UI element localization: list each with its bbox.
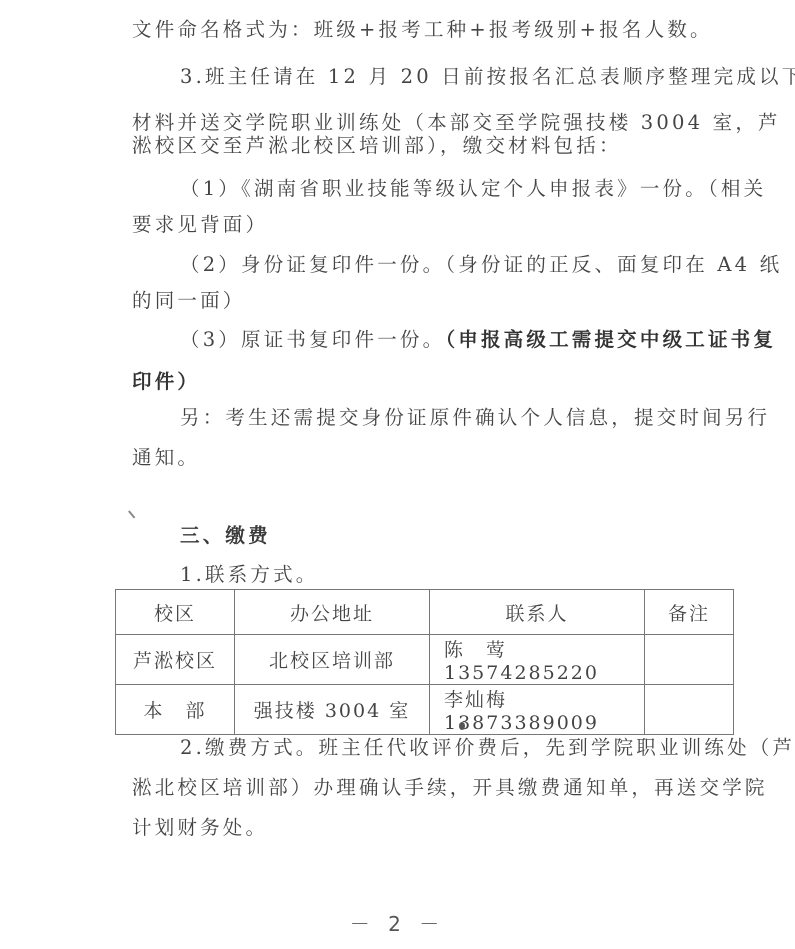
table-cell: 本 部 [116, 685, 235, 735]
paragraph-line: 印件） [132, 369, 717, 395]
paragraph-line: 的同一面） [132, 288, 717, 314]
paragraph-line: 另：考生还需提交身份证原件确认个人信息，提交时间另行 [180, 405, 720, 431]
scan-mark [459, 722, 465, 730]
contact-table: 校区 办公地址 联系人 备注 芦淞校区 北校区培训部 陈 莺 135742852… [115, 589, 734, 735]
paragraph-line: 淞北校区培训部）办理确认手续，开具缴费通知单，再送交学院 [132, 775, 717, 801]
paragraph-line: 要求见背面） [132, 212, 717, 238]
table-cell: 陈 莺 13574285220 [430, 635, 645, 685]
paragraph-line: 2.缴费方式。班主任代收评价费后，先到学院职业训练处（芦 [180, 735, 720, 761]
paragraph-bold: （申报高级工需提交中级工证书复 [445, 328, 776, 351]
table-header: 联系人 [430, 590, 645, 635]
table-cell: 北校区培训部 [235, 635, 430, 685]
paragraph-line: （2）身份证复印件一份。（身份证的正反、面复印在 A4 纸 [180, 252, 720, 278]
table-cell: 芦淞校区 [116, 635, 235, 685]
paragraph-line: 通知。 [132, 445, 717, 471]
subheading: 1.联系方式。 [180, 562, 720, 588]
scan-mark [128, 506, 140, 518]
table-row: 芦淞校区 北校区培训部 陈 莺 13574285220 [116, 635, 734, 685]
table-header-row: 校区 办公地址 联系人 备注 [116, 590, 734, 635]
section-heading: 三、缴费 [180, 523, 720, 549]
table-row: 本 部 强技楼 3004 室 李灿梅 13873389009 [116, 685, 734, 735]
paragraph-line: 淞校区交至芦淞北校区培训部），缴交材料包括： [132, 133, 717, 159]
paragraph-line: （3）原证书复印件一份。（申报高级工需提交中级工证书复 [180, 327, 720, 353]
paragraph-line: 3.班主任请在 12 月 20 日前按报名汇总表顺序整理完成以下 [180, 64, 720, 90]
table-cell: 强技楼 3004 室 [235, 685, 430, 735]
table-cell [645, 685, 734, 735]
table-cell [645, 635, 734, 685]
page-number: － 2 － [0, 908, 795, 937]
table-header: 办公地址 [235, 590, 430, 635]
paragraph-line: （1）《湖南省职业技能等级认定个人申报表》一份。（相关 [180, 176, 720, 202]
paragraph-line: 计划财务处。 [132, 815, 717, 841]
paragraph-line: 文件命名格式为：班级+报考工种+报考级别+报名人数。 [132, 17, 717, 43]
table-header: 备注 [645, 590, 734, 635]
table-header: 校区 [116, 590, 235, 635]
document-page: 文件命名格式为：班级+报考工种+报考级别+报名人数。 3.班主任请在 12 月 … [0, 0, 795, 949]
paragraph-plain: （3）原证书复印件一份。 [180, 328, 445, 351]
